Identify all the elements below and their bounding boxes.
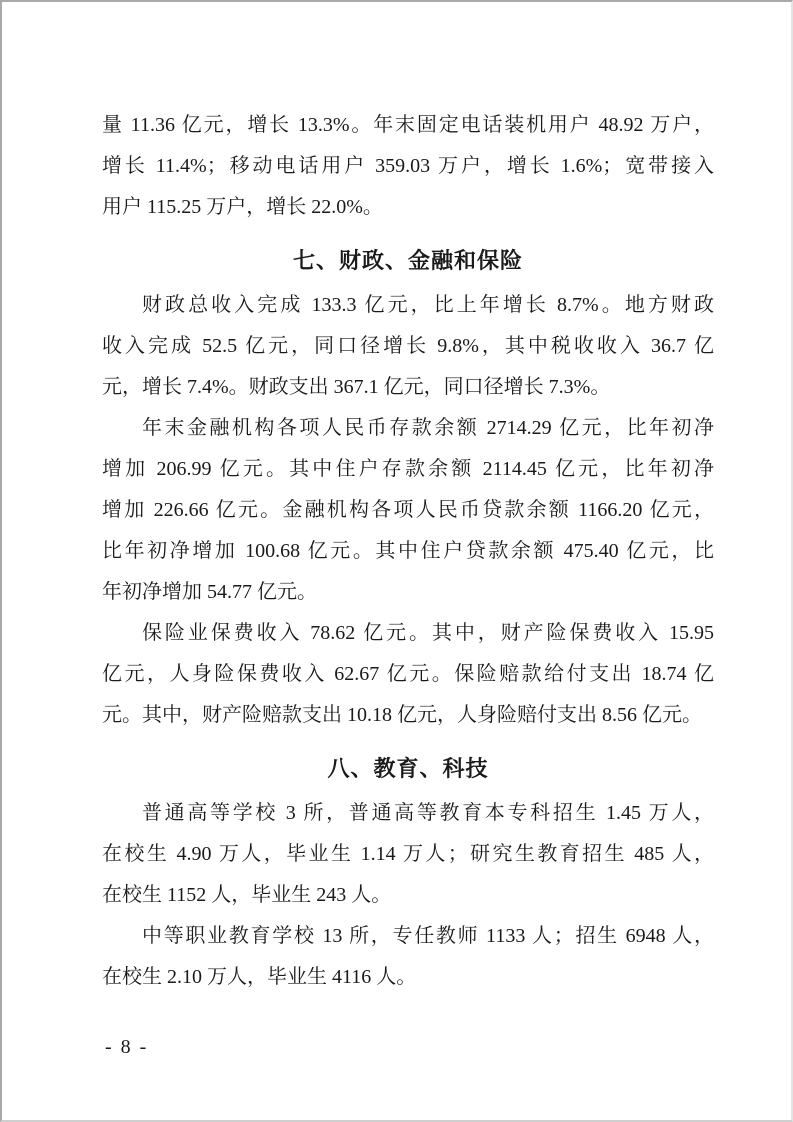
text-line: 财政总收入完成 133.3 亿元，比上年增长 8.7%。地方财政	[102, 285, 714, 326]
text-line: 增加 206.99 亿元。其中住户存款余额 2114.45 亿元，比年初净	[102, 449, 714, 490]
document-page: { "page": { "background": "#ffffff", "te…	[0, 0, 793, 1122]
text-line: 中等职业教育学校 13 所，专任教师 1133 人；招生 6948 人，	[102, 916, 714, 957]
text-line: 年末金融机构各项人民币存款余额 2714.29 亿元，比年初净	[102, 408, 714, 449]
section-heading: 七、财政、金融和保险	[102, 240, 714, 281]
text-line: 保险业保费收入 78.62 亿元。其中，财产险保费收入 15.95	[102, 613, 714, 654]
paragraph: 普通高等学校 3 所，普通高等教育本专科招生 1.45 万人，在校生 4.90 …	[102, 793, 714, 916]
text-line: 年初净增加 54.77 亿元。	[102, 572, 714, 613]
page-number: - 8 -	[105, 1035, 148, 1059]
paragraph: 保险业保费收入 78.62 亿元。其中，财产险保费收入 15.95亿元，人身险保…	[102, 613, 714, 736]
paragraph: 财政总收入完成 133.3 亿元，比上年增长 8.7%。地方财政收入完成 52.…	[102, 285, 714, 408]
text-line: 在校生 4.90 万人，毕业生 1.14 万人；研究生教育招生 485 人，	[102, 834, 714, 875]
text-line: 亿元，人身险保费收入 62.67 亿元。保险赔款给付支出 18.74 亿	[102, 654, 714, 695]
text-line: 增加 226.66 亿元。金融机构各项人民币贷款余额 1166.20 亿元，	[102, 490, 714, 531]
paragraph: 中等职业教育学校 13 所，专任教师 1133 人；招生 6948 人，在校生 …	[102, 916, 714, 998]
text-line: 增长 11.4%；移动电话用户 359.03 万户，增长 1.6%；宽带接入	[102, 146, 714, 187]
text-line: 收入完成 52.5 亿元，同口径增长 9.8%，其中税收收入 36.7 亿	[102, 326, 714, 367]
text-line: 普通高等学校 3 所，普通高等教育本专科招生 1.45 万人，	[102, 793, 714, 834]
text-line: 用户 115.25 万户，增长 22.0%。	[102, 187, 714, 228]
text-line: 比年初净增加 100.68 亿元。其中住户贷款余额 475.40 亿元，比	[102, 531, 714, 572]
text-line: 元。其中，财产险赔款支出 10.18 亿元，人身险赔付支出 8.56 亿元。	[102, 695, 714, 736]
section-heading: 八、教育、科技	[102, 748, 714, 789]
text-line: 在校生 1152 人，毕业生 243 人。	[102, 875, 714, 916]
document-body: 量 11.36 亿元，增长 13.3%。年末固定电话装机用户 48.92 万户，…	[102, 105, 714, 998]
text-line: 在校生 2.10 万人，毕业生 4116 人。	[102, 957, 714, 998]
paragraph: 年末金融机构各项人民币存款余额 2714.29 亿元，比年初净增加 206.99…	[102, 408, 714, 613]
paragraph: 量 11.36 亿元，增长 13.3%。年末固定电话装机用户 48.92 万户，…	[102, 105, 714, 228]
text-line: 量 11.36 亿元，增长 13.3%。年末固定电话装机用户 48.92 万户，	[102, 105, 714, 146]
text-line: 元，增长 7.4%。财政支出 367.1 亿元，同口径增长 7.3%。	[102, 367, 714, 408]
